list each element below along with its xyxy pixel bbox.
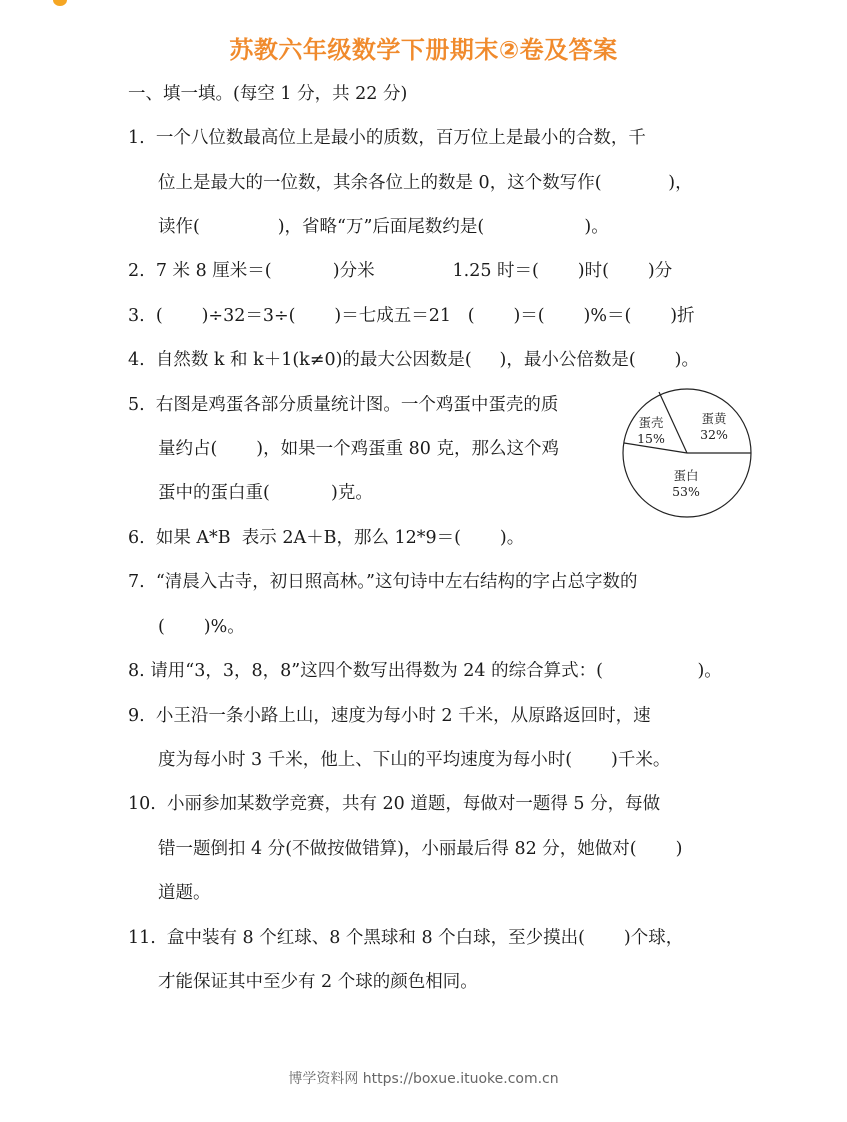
egg-composition-pie-chart: 蛋黄 32% 蛋壳 15% 蛋白 53% — [620, 387, 754, 521]
question-11-line-1: 11. 盒中装有 8 个红球、8 个黑球和 8 个白球，至少摸出( )个球， — [128, 926, 683, 950]
question-10-line-3: 道题。 — [158, 881, 211, 905]
question-1-line-2: 位上是最大的一位数，其余各位上的数是 0，这个数写作( )， — [158, 171, 693, 195]
pie-value-white: 53% — [672, 484, 700, 499]
question-2: 2. 7 米 8 厘米＝( )分米 1.25 时＝( )时( )分 — [128, 259, 672, 283]
question-6: 6. 如果 A*B 表示 2A＋B，那么 12*9＝( )。 — [128, 526, 524, 550]
question-5-line-3: 蛋中的蛋白重( )克。 — [158, 481, 373, 505]
question-3: 3. ( )÷32＝3÷( )＝七成五＝21 ( )＝( )%＝( )折 — [128, 304, 695, 328]
question-5-line-2: 量约占( )，如果一个鸡蛋重 80 克，那么这个鸡 — [158, 437, 559, 461]
page-title: 苏教六年级数学下册期末②卷及答案 — [0, 30, 847, 65]
question-9-line-2: 度为每小时 3 千米，他上、下山的平均速度为每小时( )千米。 — [158, 748, 670, 772]
pie-value-shell: 15% — [637, 431, 665, 446]
question-7-line-2: ( )%。 — [158, 615, 245, 639]
section-heading: 一、填一填。(每空 1 分，共 22 分) — [128, 82, 407, 106]
question-10-line-1: 10. 小丽参加某数学竞赛，共有 20 道题，每做对一题得 5 分，每做 — [128, 792, 660, 816]
pie-label-shell: 蛋壳 — [638, 415, 664, 430]
question-7-line-1: 7. “清晨入古寺，初日照高林。”这句诗中左右结构的字占总字数的 — [128, 570, 637, 594]
question-10-line-2: 错一题倒扣 4 分(不做按做错算)，小丽最后得 82 分，她做对( ) — [158, 837, 682, 861]
question-1-line-3: 读作( )，省略“万”后面尾数约是( )。 — [158, 215, 609, 239]
question-5-line-1: 5. 右图是鸡蛋各部分质量统计图。一个鸡蛋中蛋壳的质 — [128, 393, 558, 417]
decorative-dot — [53, 0, 67, 6]
pie-label-white: 蛋白 — [673, 468, 698, 483]
question-9-line-1: 9. 小王沿一条小路上山，速度为每小时 2 千米，从原路返回时，速 — [128, 704, 651, 728]
pie-label-yolk: 蛋黄 — [701, 411, 727, 426]
footer-watermark: 博学资料网 https://boxue.ituoke.com.cn — [0, 1068, 847, 1088]
question-11-line-2: 才能保证其中至少有 2 个球的颜色相同。 — [158, 970, 478, 994]
question-4: 4. 自然数 k 和 k＋1(k≠0)的最大公因数是( )，最小公倍数是( )。 — [128, 348, 699, 372]
question-8: 8. 请用“3，3，8，8”这四个数写出得数为 24 的综合算式：( )。 — [128, 659, 722, 683]
question-1-line-1: 1. 一个八位数最高位上是最小的质数，百万位上是最小的合数，千 — [128, 126, 646, 150]
pie-value-yolk: 32% — [700, 427, 728, 442]
